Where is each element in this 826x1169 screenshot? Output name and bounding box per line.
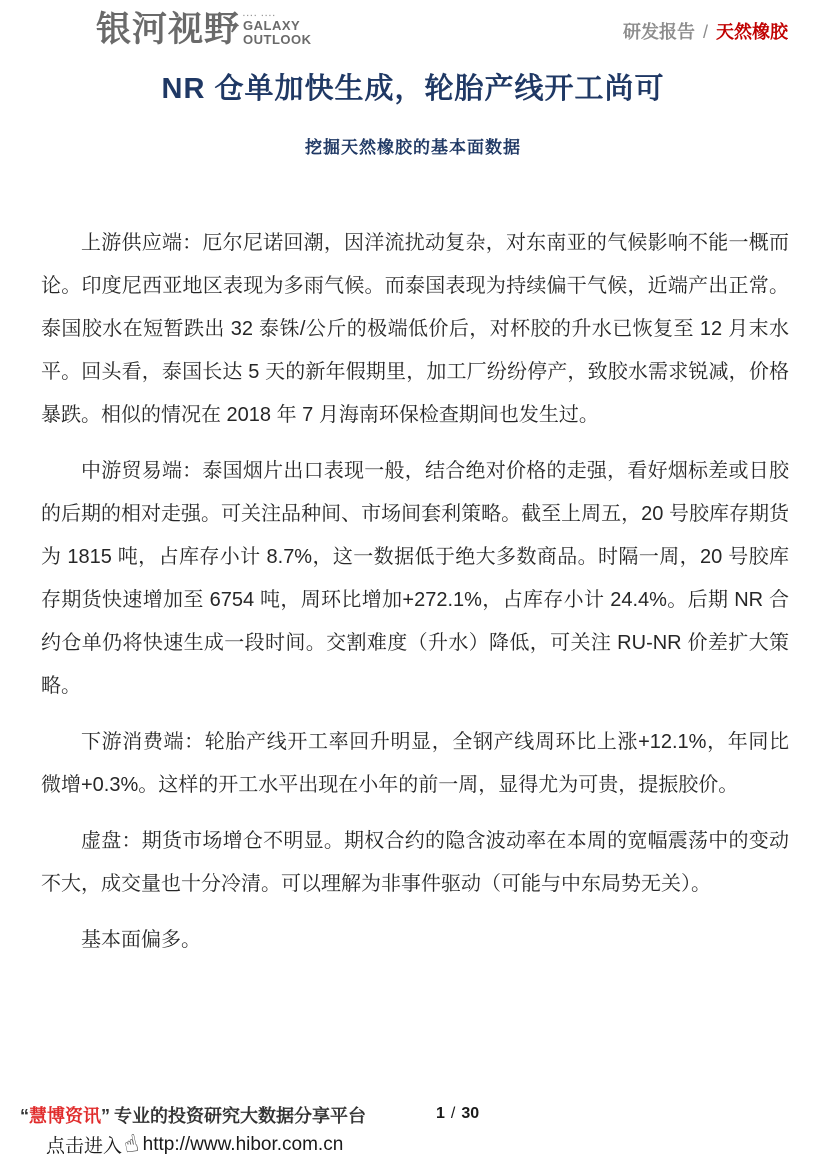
footer-slogan: 专业的投资研究大数据分享平台 xyxy=(114,1106,366,1126)
page-number-separator: / xyxy=(451,1105,455,1122)
logo-english-block: ▪▪▪▪ ▪▪▪▪ GALAXY OUTLOOK xyxy=(243,13,312,47)
breadcrumb-separator: / xyxy=(703,22,708,42)
page-number-total: 30 xyxy=(461,1105,479,1122)
hibor-brand-name: 慧博资讯 xyxy=(29,1106,101,1126)
quote-close: ” xyxy=(101,1106,110,1126)
footer-branding: “慧博资讯”专业的投资研究大数据分享平台 xyxy=(20,1102,366,1128)
galaxy-outlook-logo: 银河视野 ▪▪▪▪ ▪▪▪▪ GALAXY OUTLOOK xyxy=(96,10,312,50)
paragraph-conclusion: 基本面偏多。 xyxy=(41,919,789,962)
hibor-website-link[interactable]: 点击进入 ☝ http://www.hibor.com.cn xyxy=(46,1131,343,1158)
logo-english-bottom: OUTLOOK xyxy=(243,33,312,47)
page-footer: “慧博资讯”专业的投资研究大数据分享平台 1/30 点击进入 ☝ http://… xyxy=(0,1099,826,1169)
page-title: NR 仓单加快生成，轮胎产线开工尚可 xyxy=(0,66,826,107)
page-number: 1/30 xyxy=(436,1105,479,1123)
report-type-label: 研发报告 xyxy=(623,22,695,42)
paragraph-downstream-consumption: 下游消费端：轮胎产线开工率回升明显，全钢产线周环比上涨+12.1%，年同比微增+… xyxy=(41,721,789,807)
report-body: 上游供应端：厄尔尼诺回潮，因洋流扰动复杂，对东南亚的气候影响不能一概而论。印度尼… xyxy=(41,222,789,975)
page-subtitle: 挖掘天然橡胶的基本面数据 xyxy=(0,133,826,158)
report-breadcrumb: 研发报告/天然橡胶 xyxy=(623,18,788,44)
report-page: 银河视野 ▪▪▪▪ ▪▪▪▪ GALAXY OUTLOOK 研发报告/天然橡胶 … xyxy=(0,0,826,1169)
pointing-hand-icon: ☝ xyxy=(122,1131,141,1158)
hibor-url-text[interactable]: http://www.hibor.com.cn xyxy=(143,1134,344,1156)
quote-open: “ xyxy=(20,1106,29,1126)
page-number-current: 1 xyxy=(436,1105,445,1122)
click-to-enter-label[interactable]: 点击进入 xyxy=(46,1131,122,1158)
page-header: 银河视野 ▪▪▪▪ ▪▪▪▪ GALAXY OUTLOOK 研发报告/天然橡胶 xyxy=(0,8,788,54)
logo-chinese-text: 银河视野 xyxy=(96,10,240,50)
paragraph-upstream-supply: 上游供应端：厄尔尼诺回潮，因洋流扰动复杂，对东南亚的气候影响不能一概而论。印度尼… xyxy=(41,222,789,437)
paragraph-futures-options: 虚盘：期货市场增仓不明显。期权合约的隐含波动率在本周的宽幅震荡中的变动不大，成交… xyxy=(41,820,789,906)
paragraph-midstream-trade: 中游贸易端：泰国烟片出口表现一般，结合绝对价格的走强，看好烟标差或日胶的后期的相… xyxy=(41,450,789,708)
report-category-label: 天然橡胶 xyxy=(716,22,788,42)
logo-english-top: GALAXY xyxy=(243,19,312,33)
